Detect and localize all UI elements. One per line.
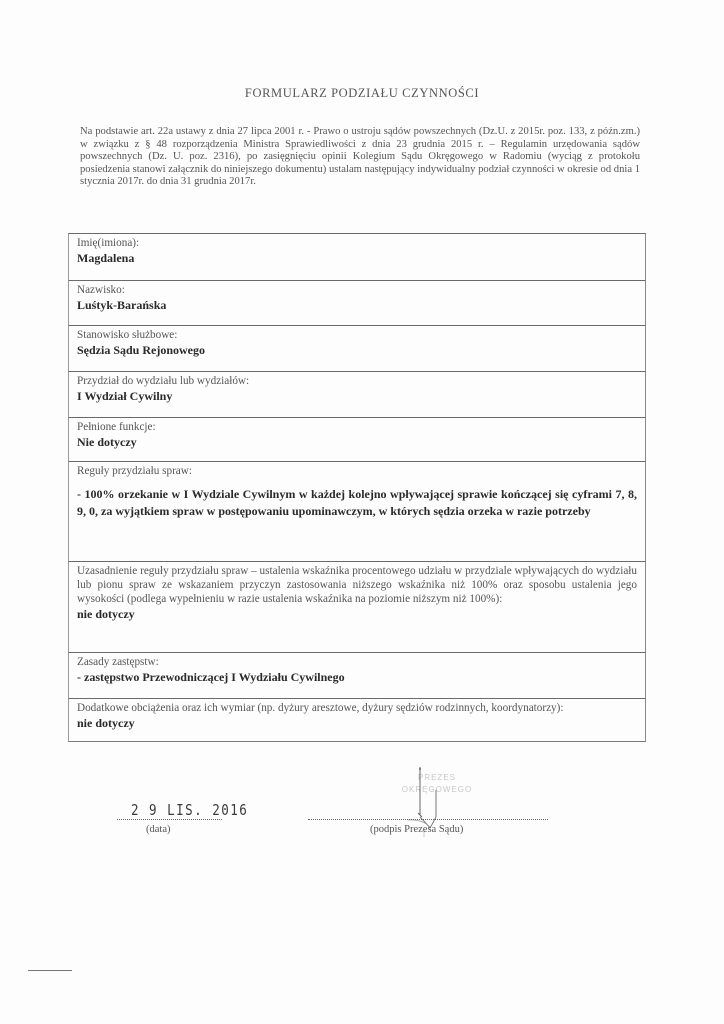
field-value: nie dotyczy <box>77 606 637 622</box>
field-value: Magdalena <box>77 250 637 266</box>
field-label: Nazwisko: <box>77 283 637 297</box>
date-caption: (data) <box>146 824 170 835</box>
field-funkcje: Pełnione funkcje: Nie dotyczy <box>68 417 646 461</box>
field-przydzial: Przydział do wydziału lub wydziałów: I W… <box>68 371 646 417</box>
date-stamp: 2 9 LIS. 2016 <box>131 801 248 819</box>
field-value: Sędzia Sądu Rejonowego <box>77 342 637 358</box>
field-imie: Imię(imiona): Magdalena <box>68 233 646 280</box>
field-value: - zastępstwo Przewodniczącej I Wydziału … <box>77 669 637 685</box>
field-value: Luśtyk-Barańska <box>77 297 637 313</box>
footer-rule <box>28 970 72 971</box>
field-label: Przydział do wydziału lub wydziałów: <box>77 374 637 388</box>
form-table: Imię(imiona): Magdalena Nazwisko: Luśtyk… <box>68 233 646 742</box>
field-label: Reguły przydziału spraw: <box>77 464 637 478</box>
field-label: Pełnione funkcje: <box>77 420 637 434</box>
field-label: Uzasadnienie reguły przydziału spraw – u… <box>77 564 637 606</box>
field-value: - 100% orzekanie w I Wydziale Cywilnym w… <box>77 486 637 520</box>
intro-paragraph: Na podstawie art. 22a ustawy z dnia 27 l… <box>80 126 640 189</box>
field-stanowisko: Stanowisko służbowe: Sędzia Sądu Rejonow… <box>68 325 646 371</box>
field-nazwisko: Nazwisko: Luśtyk-Barańska <box>68 280 646 325</box>
field-dodatkowe: Dodatkowe obciążenia oraz ich wymiar (np… <box>68 698 646 742</box>
field-reguly: Reguły przydziału spraw: - 100% orzekani… <box>68 461 646 561</box>
field-label: Dodatkowe obciążenia oraz ich wymiar (np… <box>77 701 637 715</box>
field-uzasadnienie: Uzasadnienie reguły przydziału spraw – u… <box>68 561 646 652</box>
field-value: I Wydział Cywilny <box>77 388 637 404</box>
field-label: Stanowisko służbowe: <box>77 328 637 342</box>
scanned-document-page: FORMULARZ PODZIAŁU CZYNNOŚCI Na podstawi… <box>0 0 724 1024</box>
field-value: nie dotyczy <box>77 715 637 731</box>
signature-caption: (podpis Prezesa Sądu) <box>370 824 463 835</box>
field-zasady: Zasady zastępstw: - zastępstwo Przewodni… <box>68 652 646 698</box>
document-title: FORMULARZ PODZIAŁU CZYNNOŚCI <box>0 86 724 101</box>
field-label: Zasady zastępstw: <box>77 655 637 669</box>
date-dotted-line <box>117 819 222 820</box>
signature-dotted-line <box>308 819 548 820</box>
signature-area: 2 9 LIS. 2016 (data) PREZES OKRĘGOWEGO (… <box>0 800 724 850</box>
field-label: Imię(imiona): <box>77 236 637 250</box>
field-value: Nie dotyczy <box>77 434 637 450</box>
